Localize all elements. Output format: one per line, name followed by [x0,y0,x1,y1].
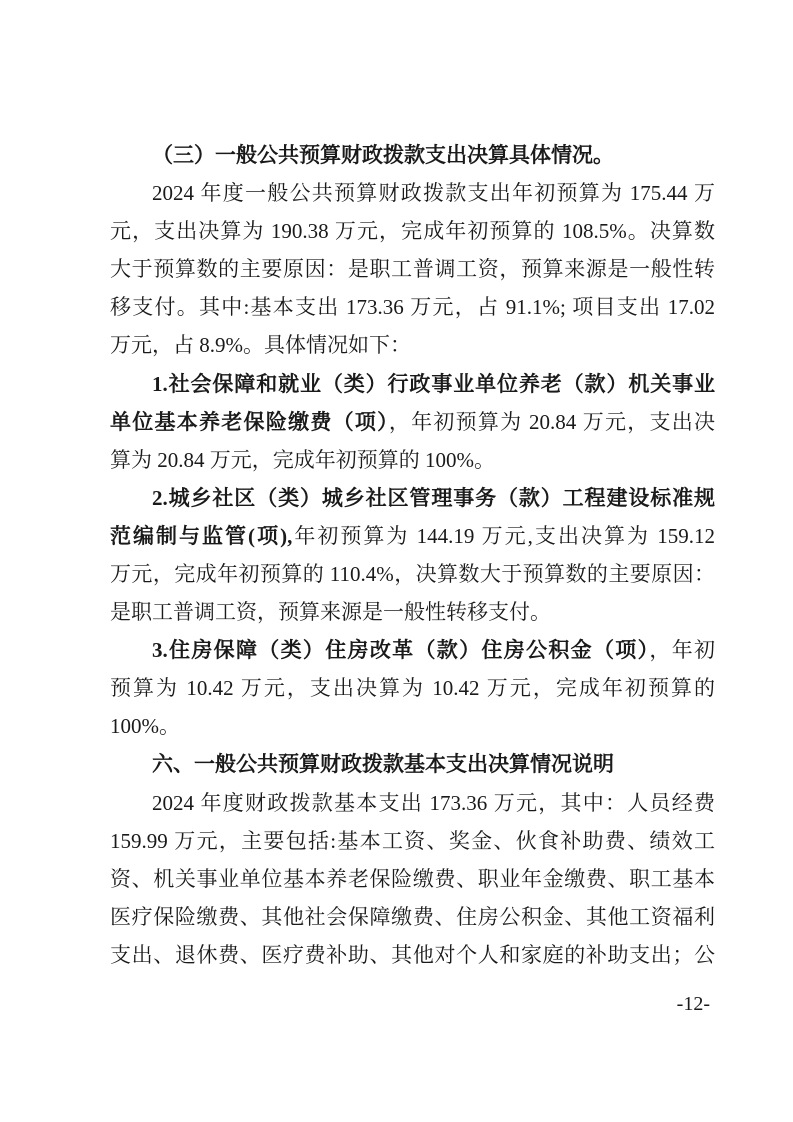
bold-text-run: 1.社会保障和就业（类）行政事业单位养老（款）机关事业 [152,372,715,396]
text-line: 大于预算数的主要原因：是职工普调工资，预算来源是一般性转 [110,250,715,288]
document-body: （三）一般公共预算财政拨款支出决算具体情况。2024 年度一般公共预算财政拨款支… [110,136,715,974]
text-line: 100%。 [110,707,715,745]
text-line: （三）一般公共预算财政拨款支出决算具体情况。 [110,136,715,174]
text-line: 医疗保险缴费、其他社会保障缴费、住房公积金、其他工资福利 [110,898,715,936]
text-line: 万元，完成年初预算的 110.4%，决算数大于预算数的主要原因： [110,555,715,593]
text-run: 万元，占 8.9%。具体情况如下： [110,333,411,357]
section-heading-3: （三）一般公共预算财政拨款支出决算具体情况。 [110,136,715,174]
text-line: 支出、退休费、医疗费补助、其他对个人和家庭的补助支出；公 [110,936,715,974]
text-run: 移支付。其中:基本支出 173.36 万元，占 91.1%; 项目支出 17.0… [110,295,715,319]
text-line: 是职工普调工资，预算来源是一般性转移支付。 [110,593,715,631]
text-line: 算为 20.84 万元，完成年初预算的 100%。 [110,441,715,479]
text-line: 预算为 10.42 万元，支出决算为 10.42 万元，完成年初预算的 [110,669,715,707]
text-run: 年初预算为 144.19 万元,支出决算为 159.12 [292,524,715,548]
text-line: 六、一般公共预算财政拨款基本支出决算情况说明 [110,746,715,784]
text-run: 159.99 万元，主要包括:基本工资、奖金、伙食补助费、绩效工 [110,829,715,853]
text-run: 是职工普调工资，预算来源是一般性转移支付。 [110,600,551,624]
bold-text-run: 3.住房保障（类）住房改革（款）住房公积金（项） [152,638,649,662]
text-run: 资、机关事业单位基本养老保险缴费、职业年金缴费、职工基本 [110,867,715,891]
text-line: 1.社会保障和就业（类）行政事业单位养老（款）机关事业 [110,365,715,403]
text-line: 2024 年度财政拨款基本支出 173.36 万元，其中：人员经费 [110,784,715,822]
text-line: 2.城乡社区（类）城乡社区管理事务（款）工程建设标准规 [110,479,715,517]
text-run: 2024 年度财政拨款基本支出 173.36 万元，其中：人员经费 [152,791,715,815]
text-run: 元，支出决算为 190.38 万元，完成年初预算的 108.5%。决算数 [110,219,715,243]
document-page: （三）一般公共预算财政拨款支出决算具体情况。2024 年度一般公共预算财政拨款支… [0,0,793,1122]
text-line: 159.99 万元，主要包括:基本工资、奖金、伙食补助费、绩效工 [110,822,715,860]
bold-text-run: （三）一般公共预算财政拨款支出决算具体情况。 [152,143,614,167]
para-basic-expenditure: 2024 年度财政拨款基本支出 173.36 万元，其中：人员经费159.99 … [110,784,715,974]
text-run: 医疗保险缴费、其他社会保障缴费、住房公积金、其他工资福利 [110,905,715,929]
text-line: 单位基本养老保险缴费（项），年初预算为 20.84 万元，支出决 [110,403,715,441]
bold-text-run: 范编制与监管(项), [110,524,292,548]
text-run: ，年初预算为 20.84 万元，支出决 [389,410,715,434]
text-run: 支出、退休费、医疗费补助、其他对个人和家庭的补助支出；公 [110,943,715,967]
page-number: -12- [677,991,710,1017]
para-expenditure-overview: 2024 年度一般公共预算财政拨款支出年初预算为 175.44 万元，支出决算为… [110,174,715,364]
text-line: 资、机关事业单位基本养老保险缴费、职业年金缴费、职工基本 [110,860,715,898]
bold-text-run: 单位基本养老保险缴费（项） [110,410,389,434]
bold-text-run: 六、一般公共预算财政拨款基本支出决算情况说明 [152,753,614,776]
para-item-3-housing: 3.住房保障（类）住房改革（款）住房公积金（项），年初预算为 10.42 万元，… [110,631,715,745]
text-line: 范编制与监管(项),年初预算为 144.19 万元,支出决算为 159.12 [110,517,715,555]
text-run: 100%。 [110,714,180,738]
text-run: ，年初 [649,638,715,662]
text-line: 2024 年度一般公共预算财政拨款支出年初预算为 175.44 万 [110,174,715,212]
text-run: 2024 年度一般公共预算财政拨款支出年初预算为 175.44 万 [152,181,715,205]
para-item-2-urban-rural-community: 2.城乡社区（类）城乡社区管理事务（款）工程建设标准规范编制与监管(项),年初预… [110,479,715,631]
section-heading-6: 六、一般公共预算财政拨款基本支出决算情况说明 [110,746,715,784]
text-line: 元，支出决算为 190.38 万元，完成年初预算的 108.5%。决算数 [110,212,715,250]
text-line: 3.住房保障（类）住房改革（款）住房公积金（项），年初 [110,631,715,669]
text-line: 万元，占 8.9%。具体情况如下： [110,326,715,364]
text-run: 大于预算数的主要原因：是职工普调工资，预算来源是一般性转 [110,257,715,281]
bold-text-run: 2.城乡社区（类）城乡社区管理事务（款）工程建设标准规 [152,486,715,510]
text-line: 移支付。其中:基本支出 173.36 万元，占 91.1%; 项目支出 17.0… [110,288,715,326]
text-run: 算为 20.84 万元，完成年初预算的 100%。 [110,448,495,472]
text-run: 预算为 10.42 万元，支出决算为 10.42 万元，完成年初预算的 [110,676,715,700]
para-item-1-social-security: 1.社会保障和就业（类）行政事业单位养老（款）机关事业单位基本养老保险缴费（项）… [110,365,715,479]
text-run: 万元，完成年初预算的 110.4%，决算数大于预算数的主要原因： [110,562,715,586]
